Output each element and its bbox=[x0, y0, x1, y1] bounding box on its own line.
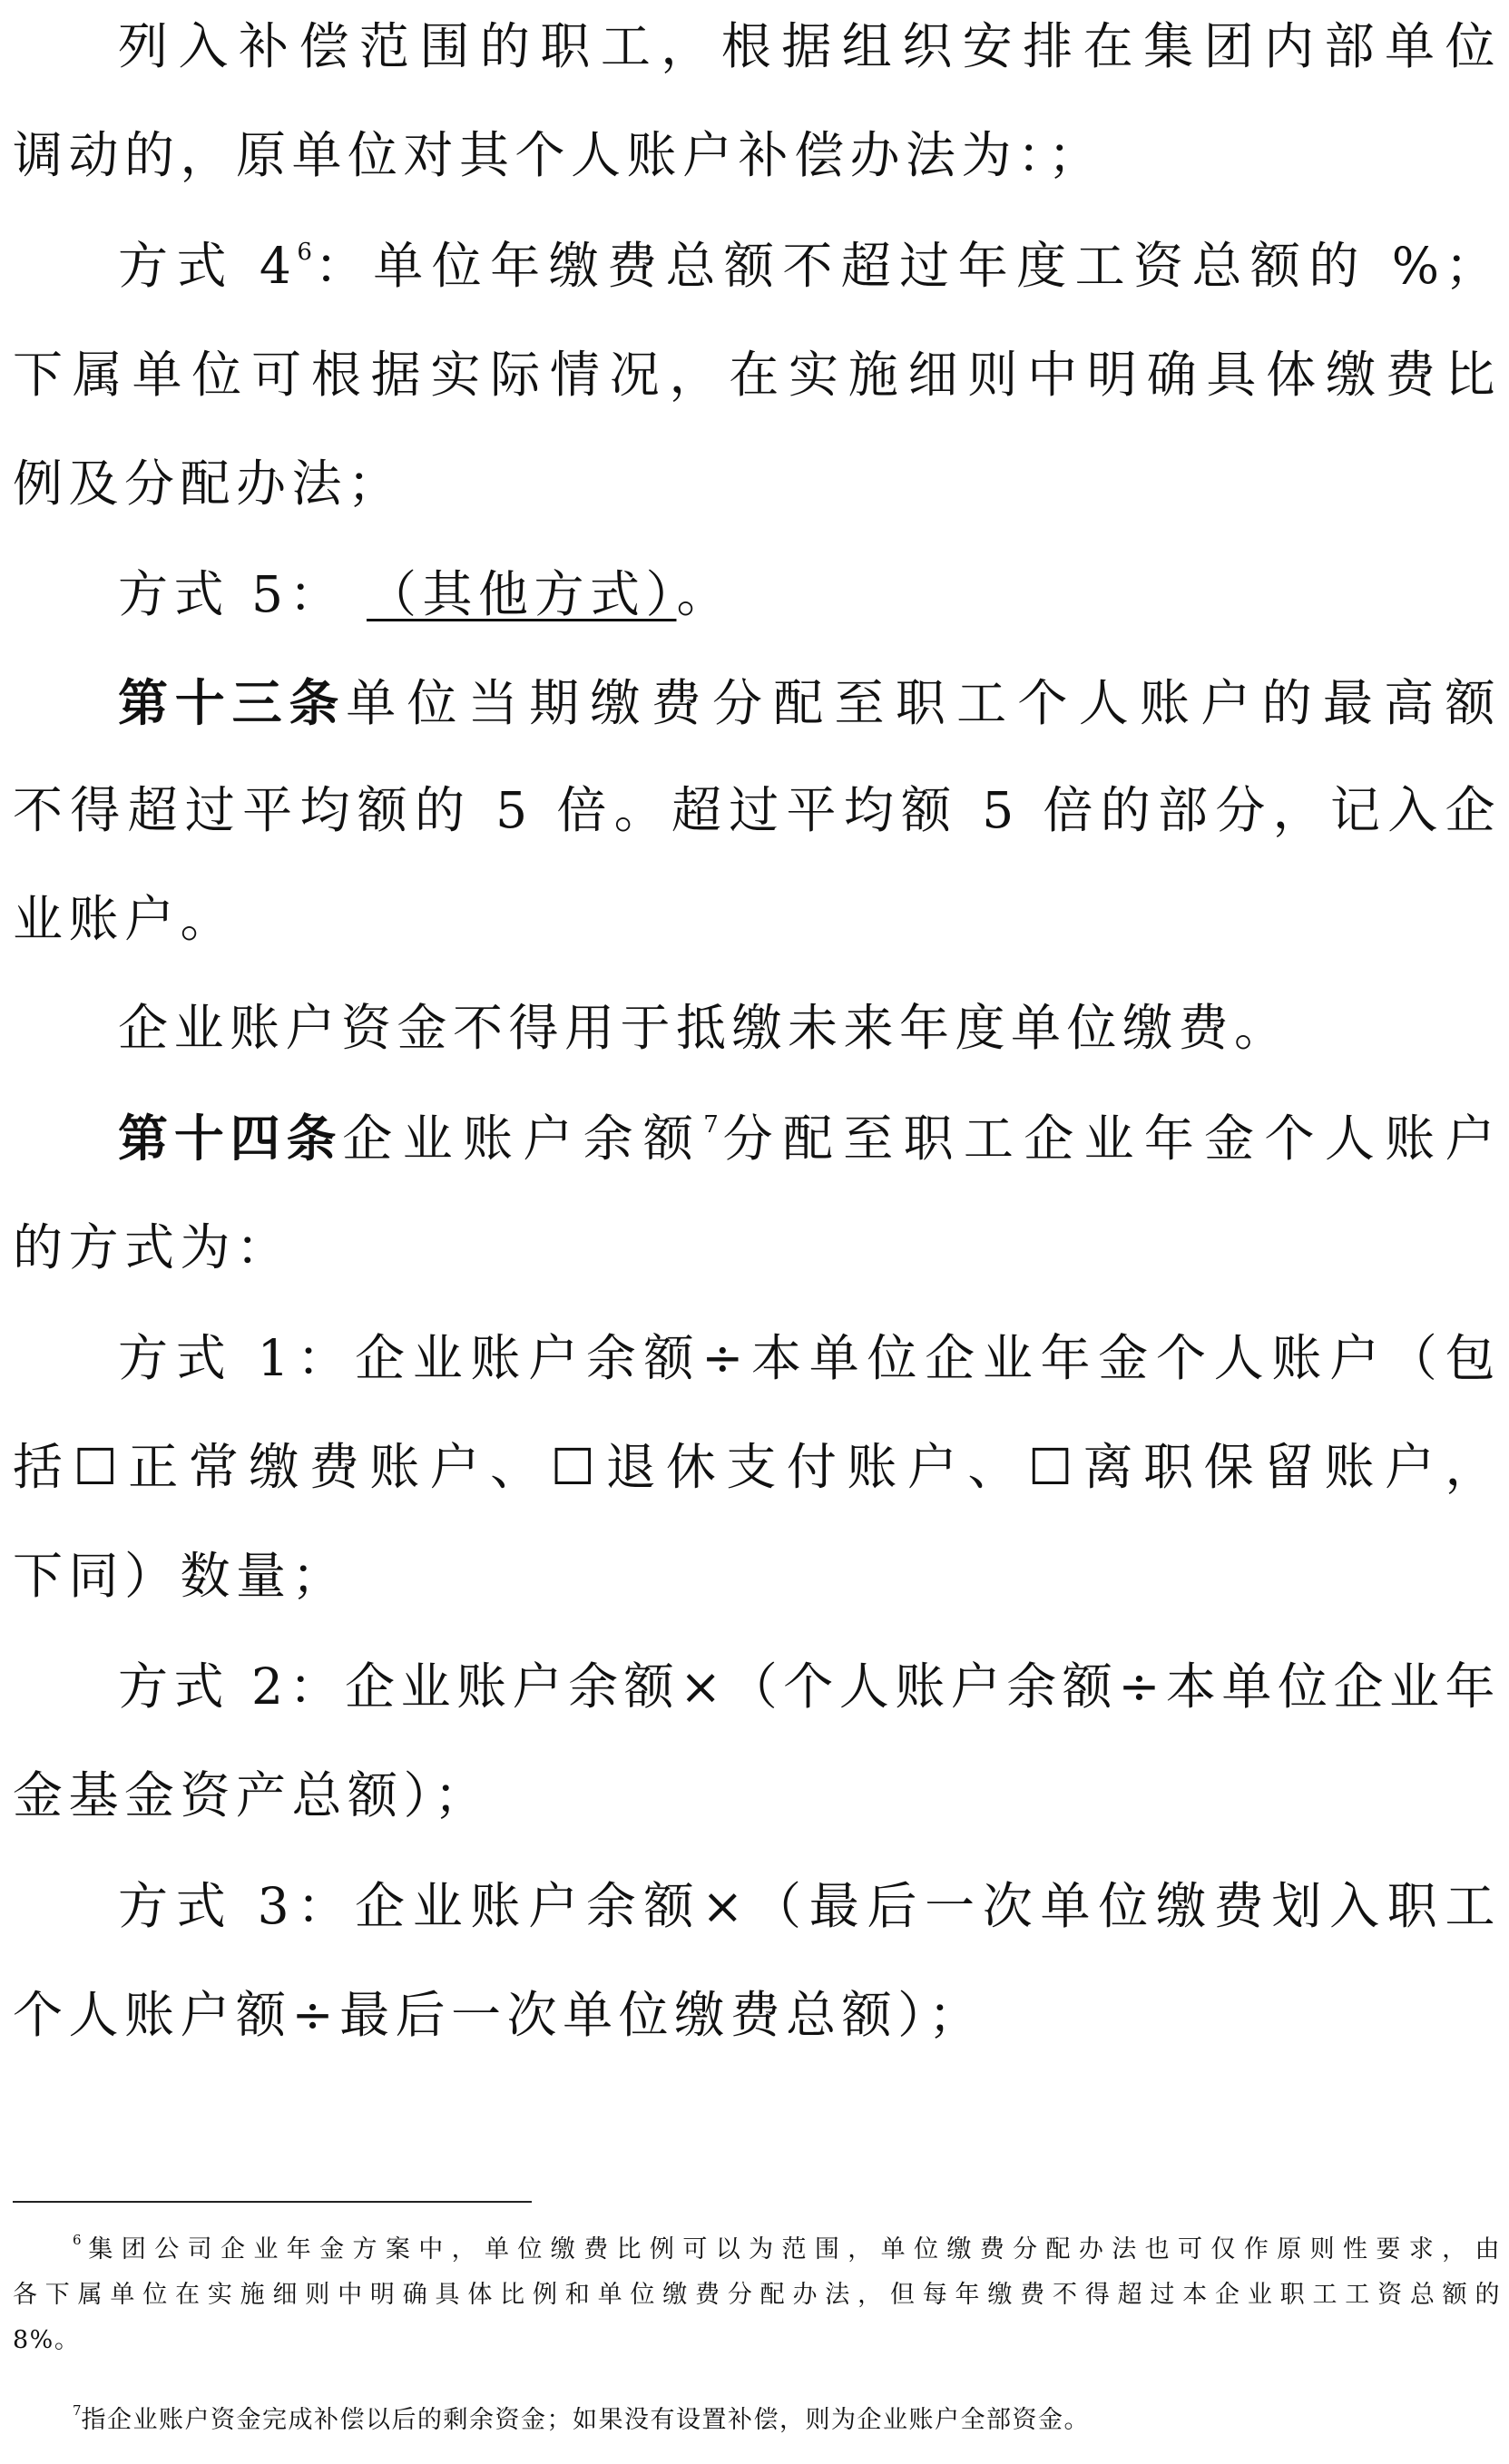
paragraph-line: 个人账户额÷最后一次单位缴费总额）； bbox=[13, 1985, 985, 2045]
method-1-line: 方式 1：企业账户余额÷本单位企业年金个人账户（包 bbox=[118, 1328, 1501, 1388]
paragraph-line: 的方式为： bbox=[13, 1217, 292, 1277]
method-2-line: 方式 2：企业账户余额×（个人账户余额÷本单位企业年 bbox=[118, 1657, 1501, 1716]
period: 。 bbox=[676, 565, 732, 623]
method-5-line: 方式 5： （其他方式）。 bbox=[118, 564, 1501, 624]
footnote-6-line-2: 各下属单位在实施细则中明确具体比例和单位缴费分配办法，但每年缴费不得超过本企业职… bbox=[13, 2277, 1501, 2313]
paragraph-line: 业账户。 bbox=[13, 889, 236, 949]
method-4-line: 方式 46：单位年缴费总额不超过年度工资总额的 %； bbox=[118, 236, 1501, 296]
footnote-7: 7指企业账户资金完成补偿以后的剩余资金；如果没有设置补偿，则为企业账户全部资金。 bbox=[73, 2402, 1090, 2439]
fill-in-blank: （其他方式） bbox=[367, 565, 677, 623]
article-14-text-b: 分配至职工企业年金个人账户 bbox=[719, 1110, 1501, 1168]
footnote-ref-6[interactable]: 6 bbox=[297, 239, 312, 266]
paragraph-line: 列入补偿范围的职工，根据组织安排在集团内部单位 bbox=[118, 16, 1501, 76]
article-14-text-a: 企业账户余额 bbox=[342, 1110, 703, 1168]
footnote-separator bbox=[13, 2201, 532, 2203]
footnote-ref-7[interactable]: 7 bbox=[703, 1111, 719, 1139]
article-14-heading: 第十四条 bbox=[118, 1110, 342, 1168]
method-4-text: ：单位年缴费总额不超过年度工资总额的 %； bbox=[312, 237, 1501, 295]
footnote-6-line-3: 8%。 bbox=[13, 2322, 80, 2359]
paragraph-line: 下属单位可根据实际情况，在实施细则中明确具体缴费比 bbox=[13, 345, 1501, 405]
footnote-6-text: 集团公司企业年金方案中，单位缴费比例可以为范围，单位缴费分配办法也可仅作原则性要… bbox=[82, 2235, 1501, 2264]
method-1-checkbox-line: 括☐正常缴费账户、☐退休支付账户、☐离职保留账户， bbox=[13, 1437, 1501, 1497]
article-13-heading: 第十三条 bbox=[118, 674, 346, 732]
article-13-text: 单位当期缴费分配至职工个人账户的最高额 bbox=[346, 674, 1501, 732]
footnote-6-marker: 6 bbox=[73, 2232, 82, 2248]
paragraph-line: 例及分配办法； bbox=[13, 454, 404, 513]
method-3-line: 方式 3：企业账户余额×（最后一次单位缴费划入职工 bbox=[118, 1876, 1501, 1936]
method-4-label: 方式 4 bbox=[118, 237, 297, 295]
paragraph-line: 调动的，原单位对其个人账户补偿办法为：； bbox=[13, 125, 1104, 185]
paragraph-line: 金基金资产总额）； bbox=[13, 1765, 490, 1825]
method-5-label: 方式 5： bbox=[118, 565, 345, 623]
article-14-line: 第十四条企业账户余额7分配至职工企业年金个人账户 bbox=[118, 1109, 1501, 1168]
paragraph-line: 企业账户资金不得用于抵缴未来年度单位缴费。 bbox=[118, 998, 1501, 1058]
footnote-7-text: 指企业账户资金完成补偿以后的剩余资金；如果没有设置补偿，则为企业账户全部资金。 bbox=[82, 2406, 1091, 2434]
paragraph-line: 不得超过平均额的 5 倍。超过平均额 5 倍的部分，记入企 bbox=[13, 780, 1501, 840]
footnote-7-marker: 7 bbox=[73, 2402, 82, 2419]
article-13-line: 第十三条单位当期缴费分配至职工个人账户的最高额 bbox=[118, 673, 1501, 733]
paragraph-line: 下同）数量； bbox=[13, 1546, 348, 1606]
footnote-6-line-1: 6集团公司企业年金方案中，单位缴费比例可以为范围，单位缴费分配办法也可仅作原则性… bbox=[73, 2232, 1501, 2268]
